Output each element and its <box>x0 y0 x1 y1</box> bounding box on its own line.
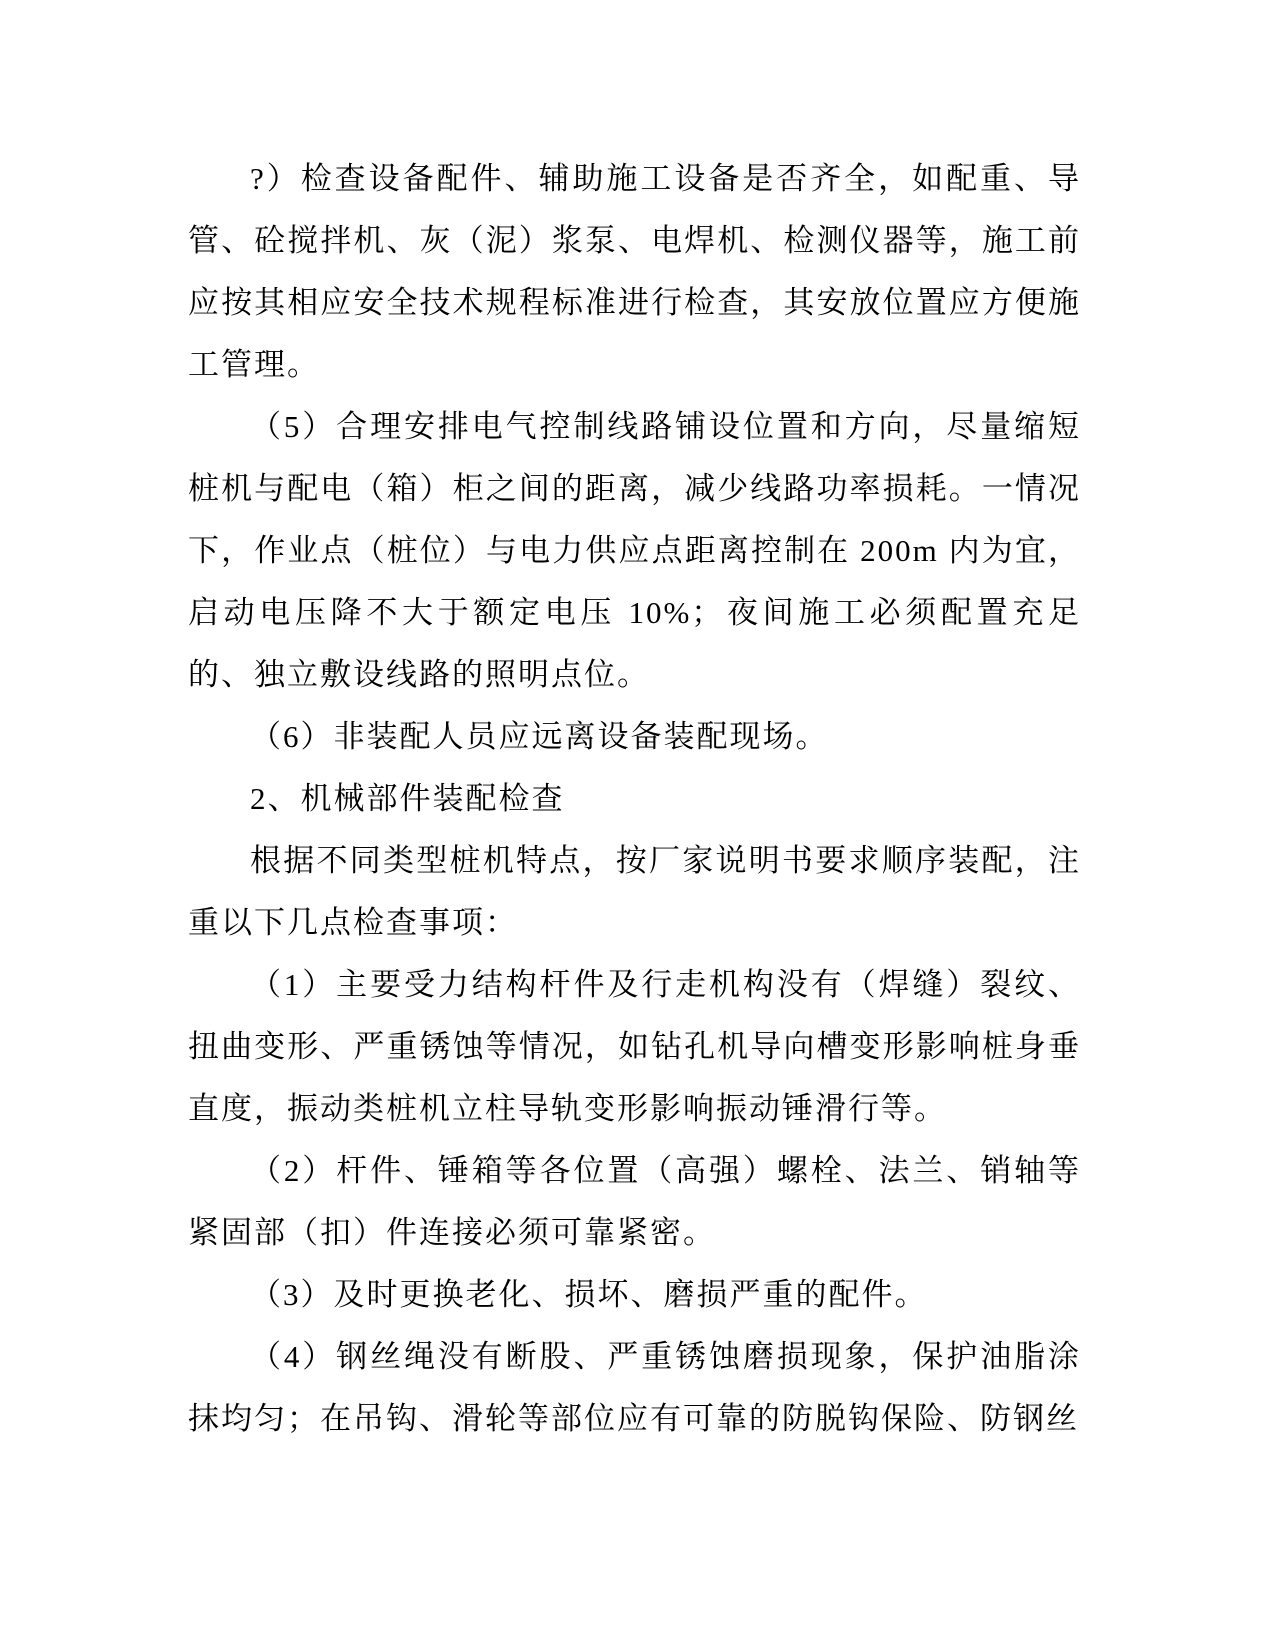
paragraph-item-6-non-assembly-personnel: （6）非装配人员应远离设备装配现场。 <box>188 706 1081 768</box>
paragraph-item-3-replace-worn-parts: （3）及时更换老化、损坏、磨损严重的配件。 <box>188 1264 1081 1326</box>
paragraph-assembly-intro: 根据不同类型桩机特点，按厂家说明书要求顺序装配，注重以下几点检查事项： <box>188 830 1081 954</box>
paragraph-item-5-electric-lines: （5）合理安排电气控制线路铺设位置和方向，尽量缩短桩机与配电（箱）柜之间的距离，… <box>188 396 1081 706</box>
heading-mechanical-assembly-check: 2、机械部件装配检查 <box>188 768 1081 830</box>
paragraph-item-2-bolts-flanges-pins: （2）杆件、锤箱等各位置（高强）螺栓、法兰、销轴等紧固部（扣）件连接必须可靠紧密… <box>188 1140 1081 1264</box>
paragraph-item-4-wire-rope: （4）钢丝绳没有断股、严重锈蚀磨损现象，保护油脂涂抹均匀；在吊钩、滑轮等部位应有… <box>188 1326 1081 1450</box>
document-body-text: ?）检查设备配件、辅助施工设备是否齐全，如配重、导管、砼搅拌机、灰（泥）浆泵、电… <box>188 148 1081 1450</box>
paragraph-equipment-accessories: ?）检查设备配件、辅助施工设备是否齐全，如配重、导管、砼搅拌机、灰（泥）浆泵、电… <box>188 148 1081 396</box>
paragraph-item-1-structural-members: （1）主要受力结构杆件及行走机构没有（焊缝）裂纹、扭曲变形、严重锈蚀等情况，如钻… <box>188 954 1081 1140</box>
document-page: ?）检查设备配件、辅助施工设备是否齐全，如配重、导管、砼搅拌机、灰（泥）浆泵、电… <box>0 0 1275 1650</box>
